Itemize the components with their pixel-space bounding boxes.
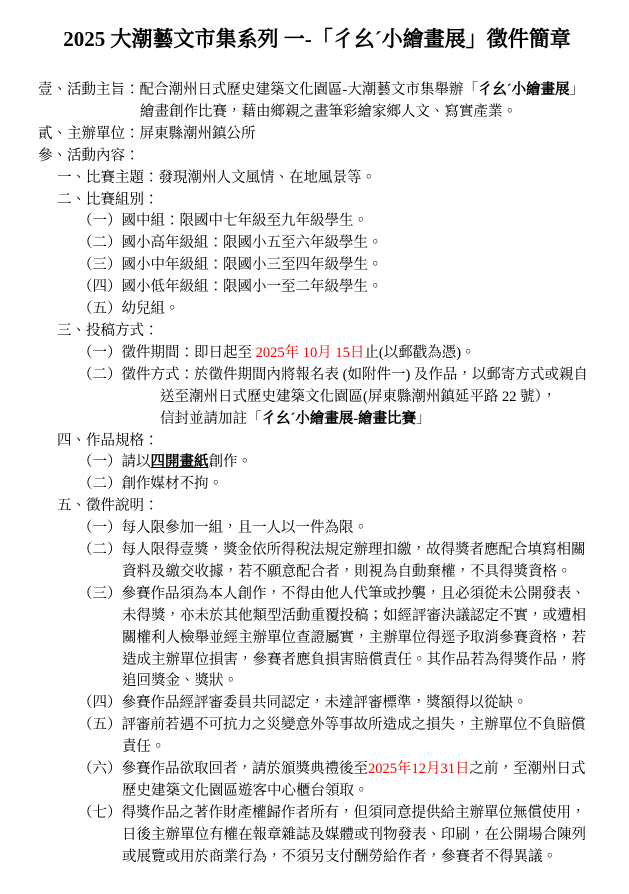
document-page: 2025 大潮藝文市集系列 一-「彳幺´小繪畫展」徵件簡章 壹、活動主旨：配合潮… <box>0 0 629 894</box>
text-run: 貳、主辦單位：屏東縣潮州鎮公所 <box>38 126 256 142</box>
submission-1-period: （一）徵件期間：即日起至 2025年 10月 15日止(以郵戳為憑)。 <box>38 343 596 365</box>
text-run: （三）國小中年級組：限國小三至四年級學生。 <box>78 257 383 273</box>
text-run-red: 2025年12月31日 <box>368 761 470 777</box>
note-6-return: （六）參賽作品欲取回者，請於頒獎典禮後至2025年12月31日之前，至潮州日式 … <box>38 759 596 803</box>
item-3-submission: 三、投稿方式： <box>38 321 596 343</box>
text-run: （四）國小低年級組：限國小一至二年級學生。 <box>78 279 383 295</box>
text-run: 止(以郵戳為憑)。 <box>364 345 475 361</box>
item-1-theme: 一、比賽主題：發現潮州人文風情、在地風景等。 <box>38 168 596 190</box>
item-5-notes: 五、徵件說明： <box>38 496 596 518</box>
text-run: 」 <box>416 411 431 427</box>
text-run: （二）每人限得壹獎，獎金依所得稅法規定辦理扣繳，故得獎者應配合填寫相關 資料及繳… <box>78 542 586 580</box>
text-run: （六）參賽作品欲取回者，請於頒獎典禮後至 <box>78 761 368 777</box>
note-4-standard: （四）參賽作品經評審委員共同認定，未達評審標準，獎額得以從缺。 <box>38 693 596 715</box>
text-run: 創作。 <box>209 454 253 470</box>
text-run: （一）國中組：限國中七年級至九年級學生。 <box>78 213 368 229</box>
text-run: 參、活動內容： <box>38 148 140 164</box>
note-2-tax: （二）每人限得壹獎，獎金依所得稅法規定辦理扣繳，故得獎者應配合填寫相關 資料及繳… <box>38 540 596 584</box>
text-run: 三、投稿方式： <box>57 323 159 339</box>
text-run: （四）參賽作品經評審委員共同認定，未達評審標準，獎額得以從缺。 <box>78 695 528 711</box>
text-run-brush: 彳幺´小繪畫展 <box>478 82 570 98</box>
note-5-force-majeure: （五）評審前若遇不可抗力之災變意外等事故所造成之損失，主辦單位不負賠償 責任。 <box>38 715 596 759</box>
text-run: （二）國小高年級組：限國小五至六年級學生。 <box>78 235 383 251</box>
text-run: （一）每人限參加一組，且一人以一件為限。 <box>78 520 368 536</box>
group-2-elementary-upper: （二）國小高年級組：限國小五至六年級學生。 <box>38 233 596 255</box>
text-run-bu: 四開畫紙 <box>151 454 209 470</box>
document-body: 壹、活動主旨：配合潮州日式歷史建築文化園區-大潮藝文市集舉辦「彳幺´小繪畫展」 … <box>38 80 596 869</box>
group-1-junior-high: （一）國中組：限國中七年級至九年級學生。 <box>38 211 596 233</box>
group-5-preschool: （五）幼兒組。 <box>38 299 596 321</box>
note-1-limit: （一）每人限參加一組，且一人以一件為限。 <box>38 518 596 540</box>
text-run: （五）幼兒組。 <box>78 301 180 317</box>
submission-2-method: （二）徵件方式：於徵件期間內將報名表 (如附件一) 及作品，以郵寄方式或親自 送… <box>38 365 596 431</box>
text-run: （三）參賽作品須為本人創作，不得由他人代筆或抄襲，且必須從未公開發表、 未得獎，… <box>78 586 586 690</box>
spec-2-media: （二）創作媒材不拘。 <box>38 474 596 496</box>
text-run: （一）請以 <box>78 454 151 470</box>
item-4-spec: 四、作品規格： <box>38 431 596 453</box>
text-run: 二、比賽組別： <box>57 192 159 208</box>
note-3-originality: （三）參賽作品須為本人創作，不得由他人代筆或抄襲，且必須從未公開發表、 未得獎，… <box>38 584 596 694</box>
text-run: （五）評審前若遇不可抗力之災變意外等事故所造成之損失，主辦單位不負賠償 責任。 <box>78 717 586 755</box>
page-title: 2025 大潮藝文市集系列 一-「彳幺´小繪畫展」徵件簡章 <box>38 24 596 54</box>
text-run: 壹、活動主旨：配合潮州日式歷史建築文化園區-大潮藝文市集舉辦「 <box>38 82 478 98</box>
section-2-organizer: 貳、主辦單位：屏東縣潮州鎮公所 <box>38 124 596 146</box>
text-run: （二）創作媒材不拘。 <box>78 476 223 492</box>
text-run: 五、徵件說明： <box>57 498 159 514</box>
text-run: （一）徵件期間：即日起至 <box>78 345 256 361</box>
group-4-elementary-lower: （四）國小低年級組：限國小一至二年級學生。 <box>38 277 596 299</box>
text-run: （七）得獎作品之著作財產權歸作者所有，但須同意提供給主辦單位無償使用， 日後主辦… <box>78 805 586 865</box>
text-run-brush: 彳幺´小繪畫展-繪畫比賽 <box>262 411 417 427</box>
section-1-purpose: 壹、活動主旨：配合潮州日式歷史建築文化園區-大潮藝文市集舉辦「彳幺´小繪畫展」 … <box>38 80 596 124</box>
note-7-copyright: （七）得獎作品之著作財產權歸作者所有，但須同意提供給主辦單位無償使用， 日後主辦… <box>38 803 596 869</box>
item-2-groups: 二、比賽組別： <box>38 190 596 212</box>
text-run: 一、比賽主題：發現潮州人文風情、在地風景等。 <box>57 170 376 186</box>
text-run-red: 2025年 10月 15日 <box>256 345 365 361</box>
group-3-elementary-middle: （三）國小中年級組：限國小三至四年級學生。 <box>38 255 596 277</box>
text-run: 四、作品規格： <box>57 433 159 449</box>
section-3-content: 參、活動內容： <box>38 146 596 168</box>
spec-1-paper: （一）請以四開畫紙創作。 <box>38 452 596 474</box>
